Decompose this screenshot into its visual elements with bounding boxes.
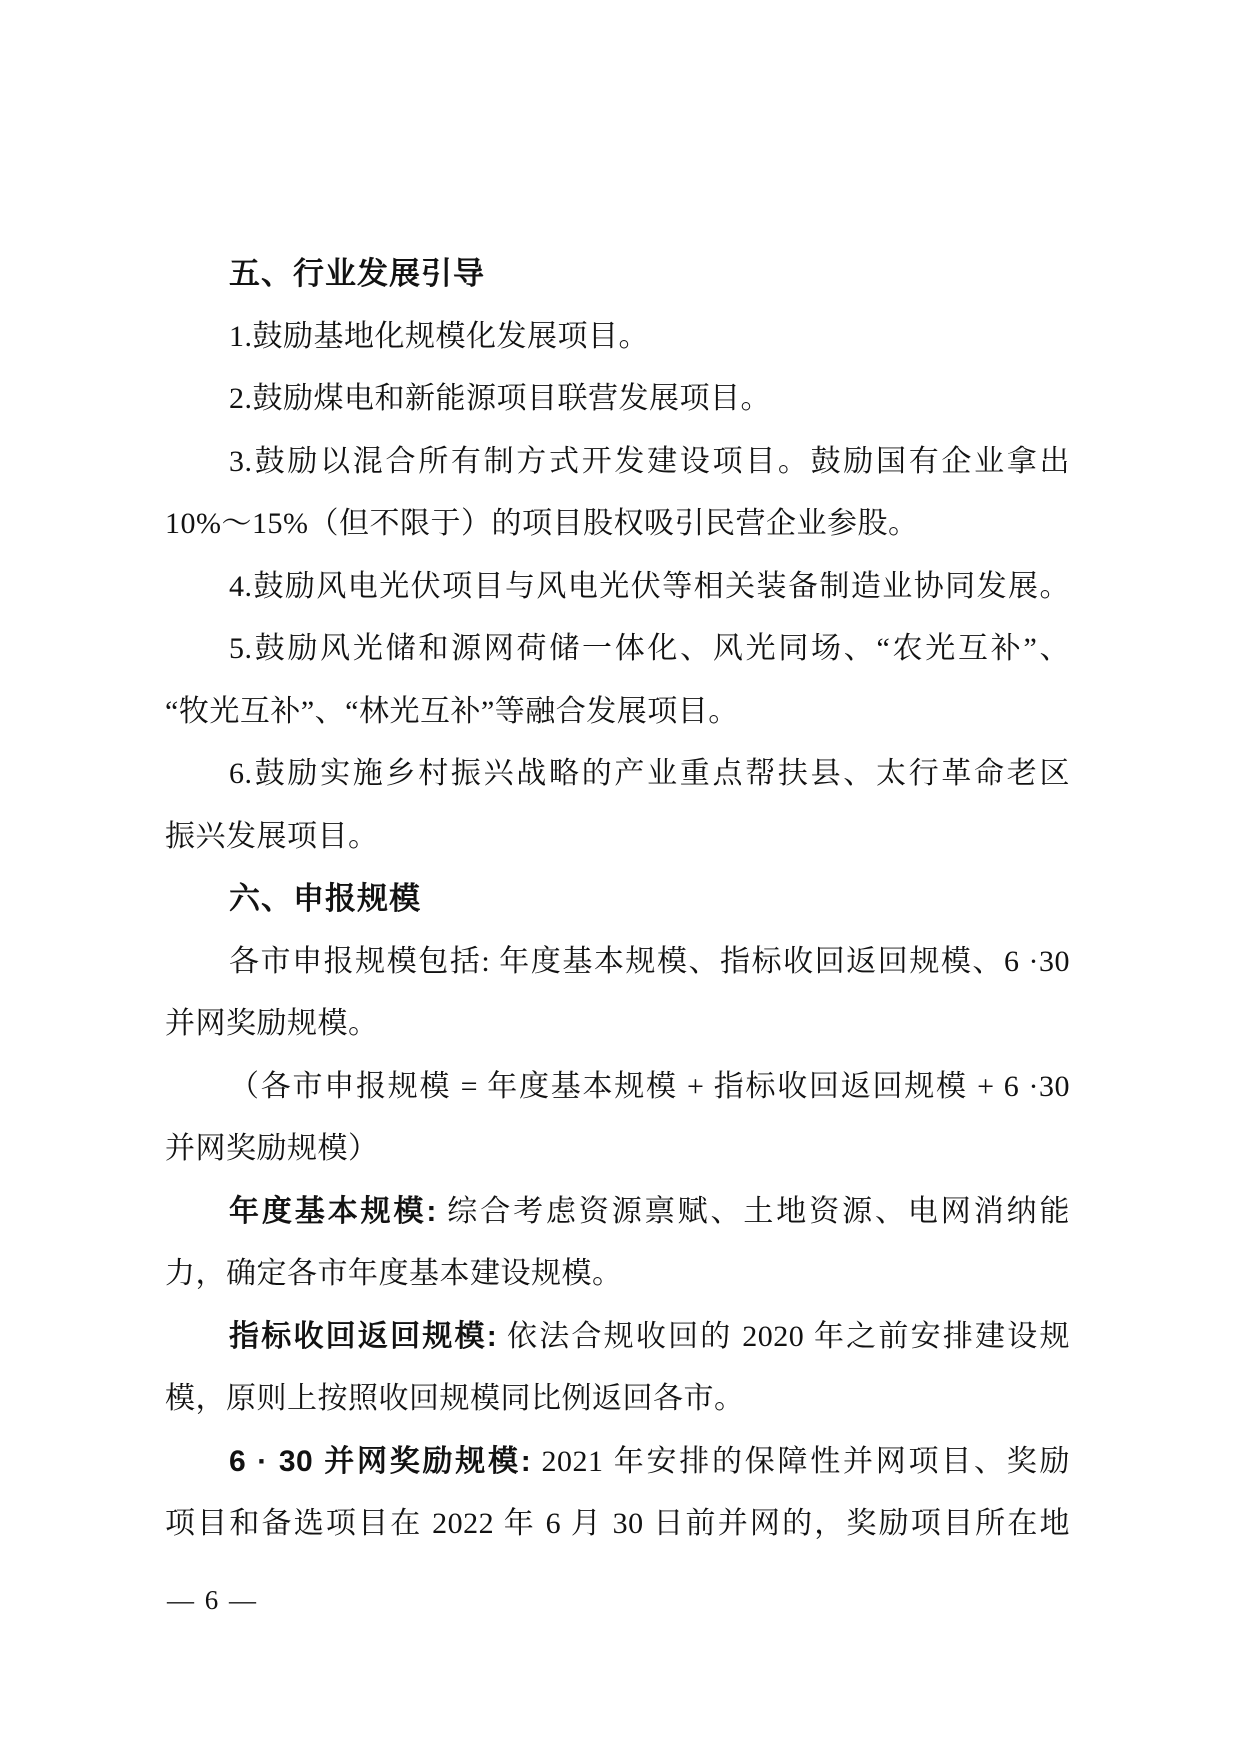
- paragraph-line: “牧光互补”、“林光互补”等融合发展项目。: [165, 681, 1070, 744]
- page-number: — 6 —: [167, 1583, 258, 1617]
- paragraph-line: 项目和备选项目在 2022 年 6 月 30 日前并网的，奖励项目所在地: [165, 1493, 1070, 1556]
- paragraph-line: 年度基本规模: 综合考虑资源禀赋、土地资源、电网消纳能: [165, 1181, 1070, 1244]
- paragraph-line: 并网奖励规模。: [165, 993, 1070, 1056]
- term-label-quota-return-scale: 指标收回返回规模:: [229, 1320, 497, 1353]
- term-label-annual-basic-scale: 年度基本规模:: [229, 1195, 437, 1228]
- paragraph-line-text: 依法合规收回的 2020 年之前安排建设规: [497, 1320, 1070, 1353]
- paragraph-line: 并网奖励规模）: [165, 1118, 1070, 1181]
- document-body: 五、行业发展引导 1.鼓励基地化规模化发展项目。 2.鼓励煤电和新能源项目联营发…: [165, 243, 1070, 1556]
- paragraph-line: （各市申报规模 = 年度基本规模 + 指标收回返回规模 + 6 ·30: [165, 1056, 1070, 1119]
- section-heading-industry-guidance: 五、行业发展引导: [165, 243, 1070, 306]
- paragraph-line: 5.鼓励风光储和源网荷储一体化、风光同场、“农光互补”、: [165, 618, 1070, 681]
- term-label-grid-reward-scale: 6 · 30 并网奖励规模:: [229, 1445, 531, 1478]
- paragraph-line: 力，确定各市年度基本建设规模。: [165, 1243, 1070, 1306]
- paragraph-line: 各市申报规模包括: 年度基本规模、指标收回返回规模、6 ·30: [165, 931, 1070, 994]
- paragraph-line: 振兴发展项目。: [165, 806, 1070, 869]
- paragraph-line: 6.鼓励实施乡村振兴战略的产业重点帮扶县、太行革命老区: [165, 743, 1070, 806]
- paragraph-line: 4.鼓励风电光伏项目与风电光伏等相关装备制造业协同发展。: [165, 556, 1070, 619]
- paragraph-line: 1.鼓励基地化规模化发展项目。: [165, 306, 1070, 369]
- paragraph-line: 3.鼓励以混合所有制方式开发建设项目。鼓励国有企业拿出: [165, 431, 1070, 494]
- paragraph-line-text: 2021 年安排的保障性并网项目、奖励: [531, 1445, 1070, 1478]
- section-heading-declaration-scale: 六、申报规模: [165, 868, 1070, 931]
- paragraph-line: 指标收回返回规模: 依法合规收回的 2020 年之前安排建设规: [165, 1306, 1070, 1369]
- document-page: 五、行业发展引导 1.鼓励基地化规模化发展项目。 2.鼓励煤电和新能源项目联营发…: [0, 0, 1240, 1754]
- paragraph-line: 6 · 30 并网奖励规模: 2021 年安排的保障性并网项目、奖励: [165, 1431, 1070, 1494]
- paragraph-line: 10%～15%（但不限于）的项目股权吸引民营企业参股。: [165, 493, 1070, 556]
- paragraph-line-text: 综合考虑资源禀赋、土地资源、电网消纳能: [437, 1195, 1070, 1228]
- paragraph-line: 模，原则上按照收回规模同比例返回各市。: [165, 1368, 1070, 1431]
- paragraph-line: 2.鼓励煤电和新能源项目联营发展项目。: [165, 368, 1070, 431]
